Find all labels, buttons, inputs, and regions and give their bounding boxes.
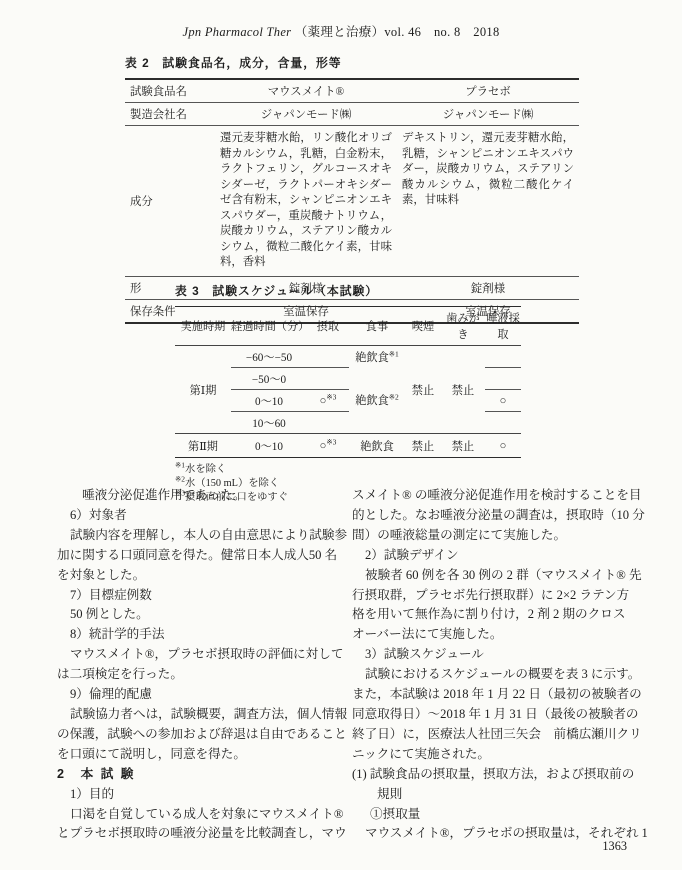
section-heading: 2 本 試 験: [57, 765, 335, 785]
cell-text: 絶飲食: [355, 395, 389, 407]
text-line: (1) 試験食品の摂取量，摂取方法，および摂取前の: [352, 765, 632, 785]
text-line: 試験におけるスケジュールの概要を表 3 に示す。: [352, 665, 632, 685]
table-header-row: 実施時期 経過時間（分） 摂取 食事 喫煙 歯みがき 唾液採取: [175, 307, 521, 346]
cell-meal: 絶飲食: [349, 434, 405, 458]
cell-saliva: ○: [485, 390, 521, 412]
table-row: 第Ⅰ期 −60～−50 絶飲食※1 禁止 禁止: [175, 346, 521, 368]
table-row: 成分 還元麦芽糖水飴，リン酸化オリゴ糖カルシウム，乳糖，白金粉末，ラクトフェリン…: [125, 126, 579, 277]
cell-brushing: 禁止: [441, 434, 485, 458]
cell-intake: [307, 412, 349, 434]
text-line: 50 例とした。: [57, 605, 335, 625]
journal-title: Jpn Pharmacol Ther: [182, 25, 291, 39]
text-line: 試験内容を理解し，本人の自由意思により試験参: [57, 526, 335, 546]
cell-mousemate: ジャパンモード㈱: [215, 103, 397, 126]
text-line: マウスメイト®，プラセボ摂取時の評価に対して: [57, 645, 335, 665]
text-line: 口渇を自覚している成人を対象にマウスメイト®: [57, 805, 335, 825]
col-header: 喫煙: [405, 307, 441, 346]
footnote-marker: ※1: [175, 461, 185, 470]
text-line: 9）倫理的配慮: [57, 685, 335, 705]
text-line: 間）の唾液総量の測定にて実施した。: [352, 526, 632, 546]
text-line: 7）目標症例数: [57, 586, 335, 606]
cell-saliva: [485, 368, 521, 390]
cell-sup: ※1: [389, 349, 399, 358]
cell-smoking: 禁止: [405, 346, 441, 434]
cell-time: −50～0: [231, 368, 307, 390]
text-line: とプラセボ摂取時の唾液分泌量を比較調査し，マウ: [57, 824, 335, 844]
cell-period1: 第Ⅰ期: [175, 346, 231, 434]
cell-saliva: [485, 346, 521, 368]
cell-sup: ※3: [326, 437, 336, 446]
cell-meal: 絶飲食※1: [349, 346, 405, 368]
cell-time: 0～10: [231, 434, 307, 458]
text-line: 6）対象者: [57, 506, 335, 526]
text-line: 唾液分泌促進作用であった。: [57, 486, 335, 506]
text-line: 終了日）に，医療法人社団三矢会 前橋広瀬川クリ: [352, 725, 632, 745]
table3-block: 表 3 試験スケジュール（本試験） 実施時期 経過時間（分） 摂取 食事 喫煙 …: [175, 282, 521, 505]
text-line: の保護，試験への参加および辞退は自由であること: [57, 725, 335, 745]
text-line: 1）目的: [57, 785, 335, 805]
cell-brushing: 禁止: [441, 346, 485, 434]
table-row: 試験食品名 マウスメイト® プラセボ: [125, 79, 579, 103]
col-header: 摂取: [307, 307, 349, 346]
cell-mousemate: マウスメイト®: [215, 79, 397, 103]
text-line: 8）統計学的手法: [57, 625, 335, 645]
col-header: 実施時期: [175, 307, 231, 346]
col-header: 歯みがき: [441, 307, 485, 346]
text-line: ①摂取量: [352, 805, 632, 825]
text-line: を口頭にて説明し，同意を得た。: [57, 745, 335, 765]
footnote-marker: ※2: [175, 475, 185, 484]
cell-mousemate: 還元麦芽糖水飴，リン酸化オリゴ糖カルシウム，乳糖，白金粉末，ラクトフェリン，グル…: [215, 126, 397, 277]
paper-page: Jpn Pharmacol Ther （薬理と治療）vol. 46 no. 8 …: [0, 0, 682, 870]
text-line: 被験者 60 例を各 30 例の 2 群（マウスメイト® 先: [352, 566, 632, 586]
text-line: 格を用いて無作為に割り付け，2 剤 2 期のクロス: [352, 605, 632, 625]
cell-period2: 第Ⅱ期: [175, 434, 231, 458]
cell-time: 10～60: [231, 412, 307, 434]
cell-time: 0～10: [231, 390, 307, 412]
table3: 実施時期 経過時間（分） 摂取 食事 喫煙 歯みがき 唾液採取 第Ⅰ期 −60～…: [175, 306, 521, 458]
text-line: スメイト® の唾液分泌促進作用を検討することを目: [352, 486, 632, 506]
text-line: 行摂取群，プラセボ先行摂取群）に 2×2 ラテン方: [352, 586, 632, 606]
col-header: 経過時間（分）: [231, 307, 307, 346]
footnote-text: 水を除く: [185, 464, 226, 475]
cell-sup: ※2: [389, 393, 399, 402]
text-line: ニックにて実施された。: [352, 745, 632, 765]
text-line: 規則: [352, 785, 632, 805]
body-column-right: スメイト® の唾液分泌促進作用を検討することを目 的とした。なお唾液分泌量の調査…: [352, 486, 632, 844]
text-line: また，本試験は 2018 年 1 月 22 日（最初の被験者の: [352, 685, 632, 705]
table2-title: 表 2 試験食品名，成分，含量，形等: [125, 54, 565, 71]
running-head: Jpn Pharmacol Ther （薬理と治療）vol. 46 no. 8 …: [0, 22, 682, 40]
cell-placebo: ジャパンモード㈱: [397, 103, 579, 126]
cell-placebo: プラセボ: [397, 79, 579, 103]
text-line: は二項検定を行った。: [57, 665, 335, 685]
row-label: 試験食品名: [125, 79, 215, 103]
text-line: 3）試験スケジュール: [352, 645, 632, 665]
row-label: 製造会社名: [125, 103, 215, 126]
table3-title: 表 3 試験スケジュール（本試験）: [175, 282, 521, 299]
journal-issue: （薬理と治療）vol. 46 no. 8 2018: [295, 25, 500, 39]
text-line: マウスメイト®，プラセボの摂取量は，それぞれ 1: [352, 824, 632, 844]
table-row: 製造会社名 ジャパンモード㈱ ジャパンモード㈱: [125, 103, 579, 126]
body-column-left: 唾液分泌促進作用であった。 6）対象者 試験内容を理解し，本人の自由意思により試…: [57, 486, 335, 844]
text-line: 試験協力者へは，試験概要，調査方法，個人情報: [57, 705, 335, 725]
cell-intake: ○※3: [307, 434, 349, 458]
cell-intake: ○※3: [307, 390, 349, 412]
cell-placebo: デキストリン，還元麦芽糖水飴，乳糖，シャンピニオンエキスパウダー，炭酸カリウム，…: [397, 126, 579, 277]
cell-meal: 絶飲食※2: [349, 368, 405, 434]
table-row: 第Ⅱ期 0～10 ○※3 絶飲食 禁止 禁止 ○: [175, 434, 521, 458]
text-line: 2）試験デザイン: [352, 546, 632, 566]
cell-text: 絶飲食: [355, 352, 389, 364]
cell-smoking: 禁止: [405, 434, 441, 458]
text-line: を対象とした。: [57, 566, 335, 586]
cell-intake: [307, 368, 349, 390]
text-line: オーバー法にて実施した。: [352, 625, 632, 645]
col-header: 唾液採取: [485, 307, 521, 346]
footnote: ※1水を除く: [175, 463, 521, 477]
col-header: 食事: [349, 307, 405, 346]
cell-intake: [307, 346, 349, 368]
cell-time: −60～−50: [231, 346, 307, 368]
text-line: 同意取得日）～2018 年 1 月 31 日（最後の被験者の: [352, 705, 632, 725]
text-line: 加に関する口頭同意を得た。健常日本人成人50 名: [57, 546, 335, 566]
text-line: 的とした。なお唾液分泌量の調査は，摂取時（10 分: [352, 506, 632, 526]
cell-saliva: ○: [485, 434, 521, 458]
cell-saliva: [485, 412, 521, 434]
row-label: 成分: [125, 126, 215, 277]
page-number: 1363: [602, 839, 627, 854]
cell-sup: ※3: [326, 392, 336, 401]
